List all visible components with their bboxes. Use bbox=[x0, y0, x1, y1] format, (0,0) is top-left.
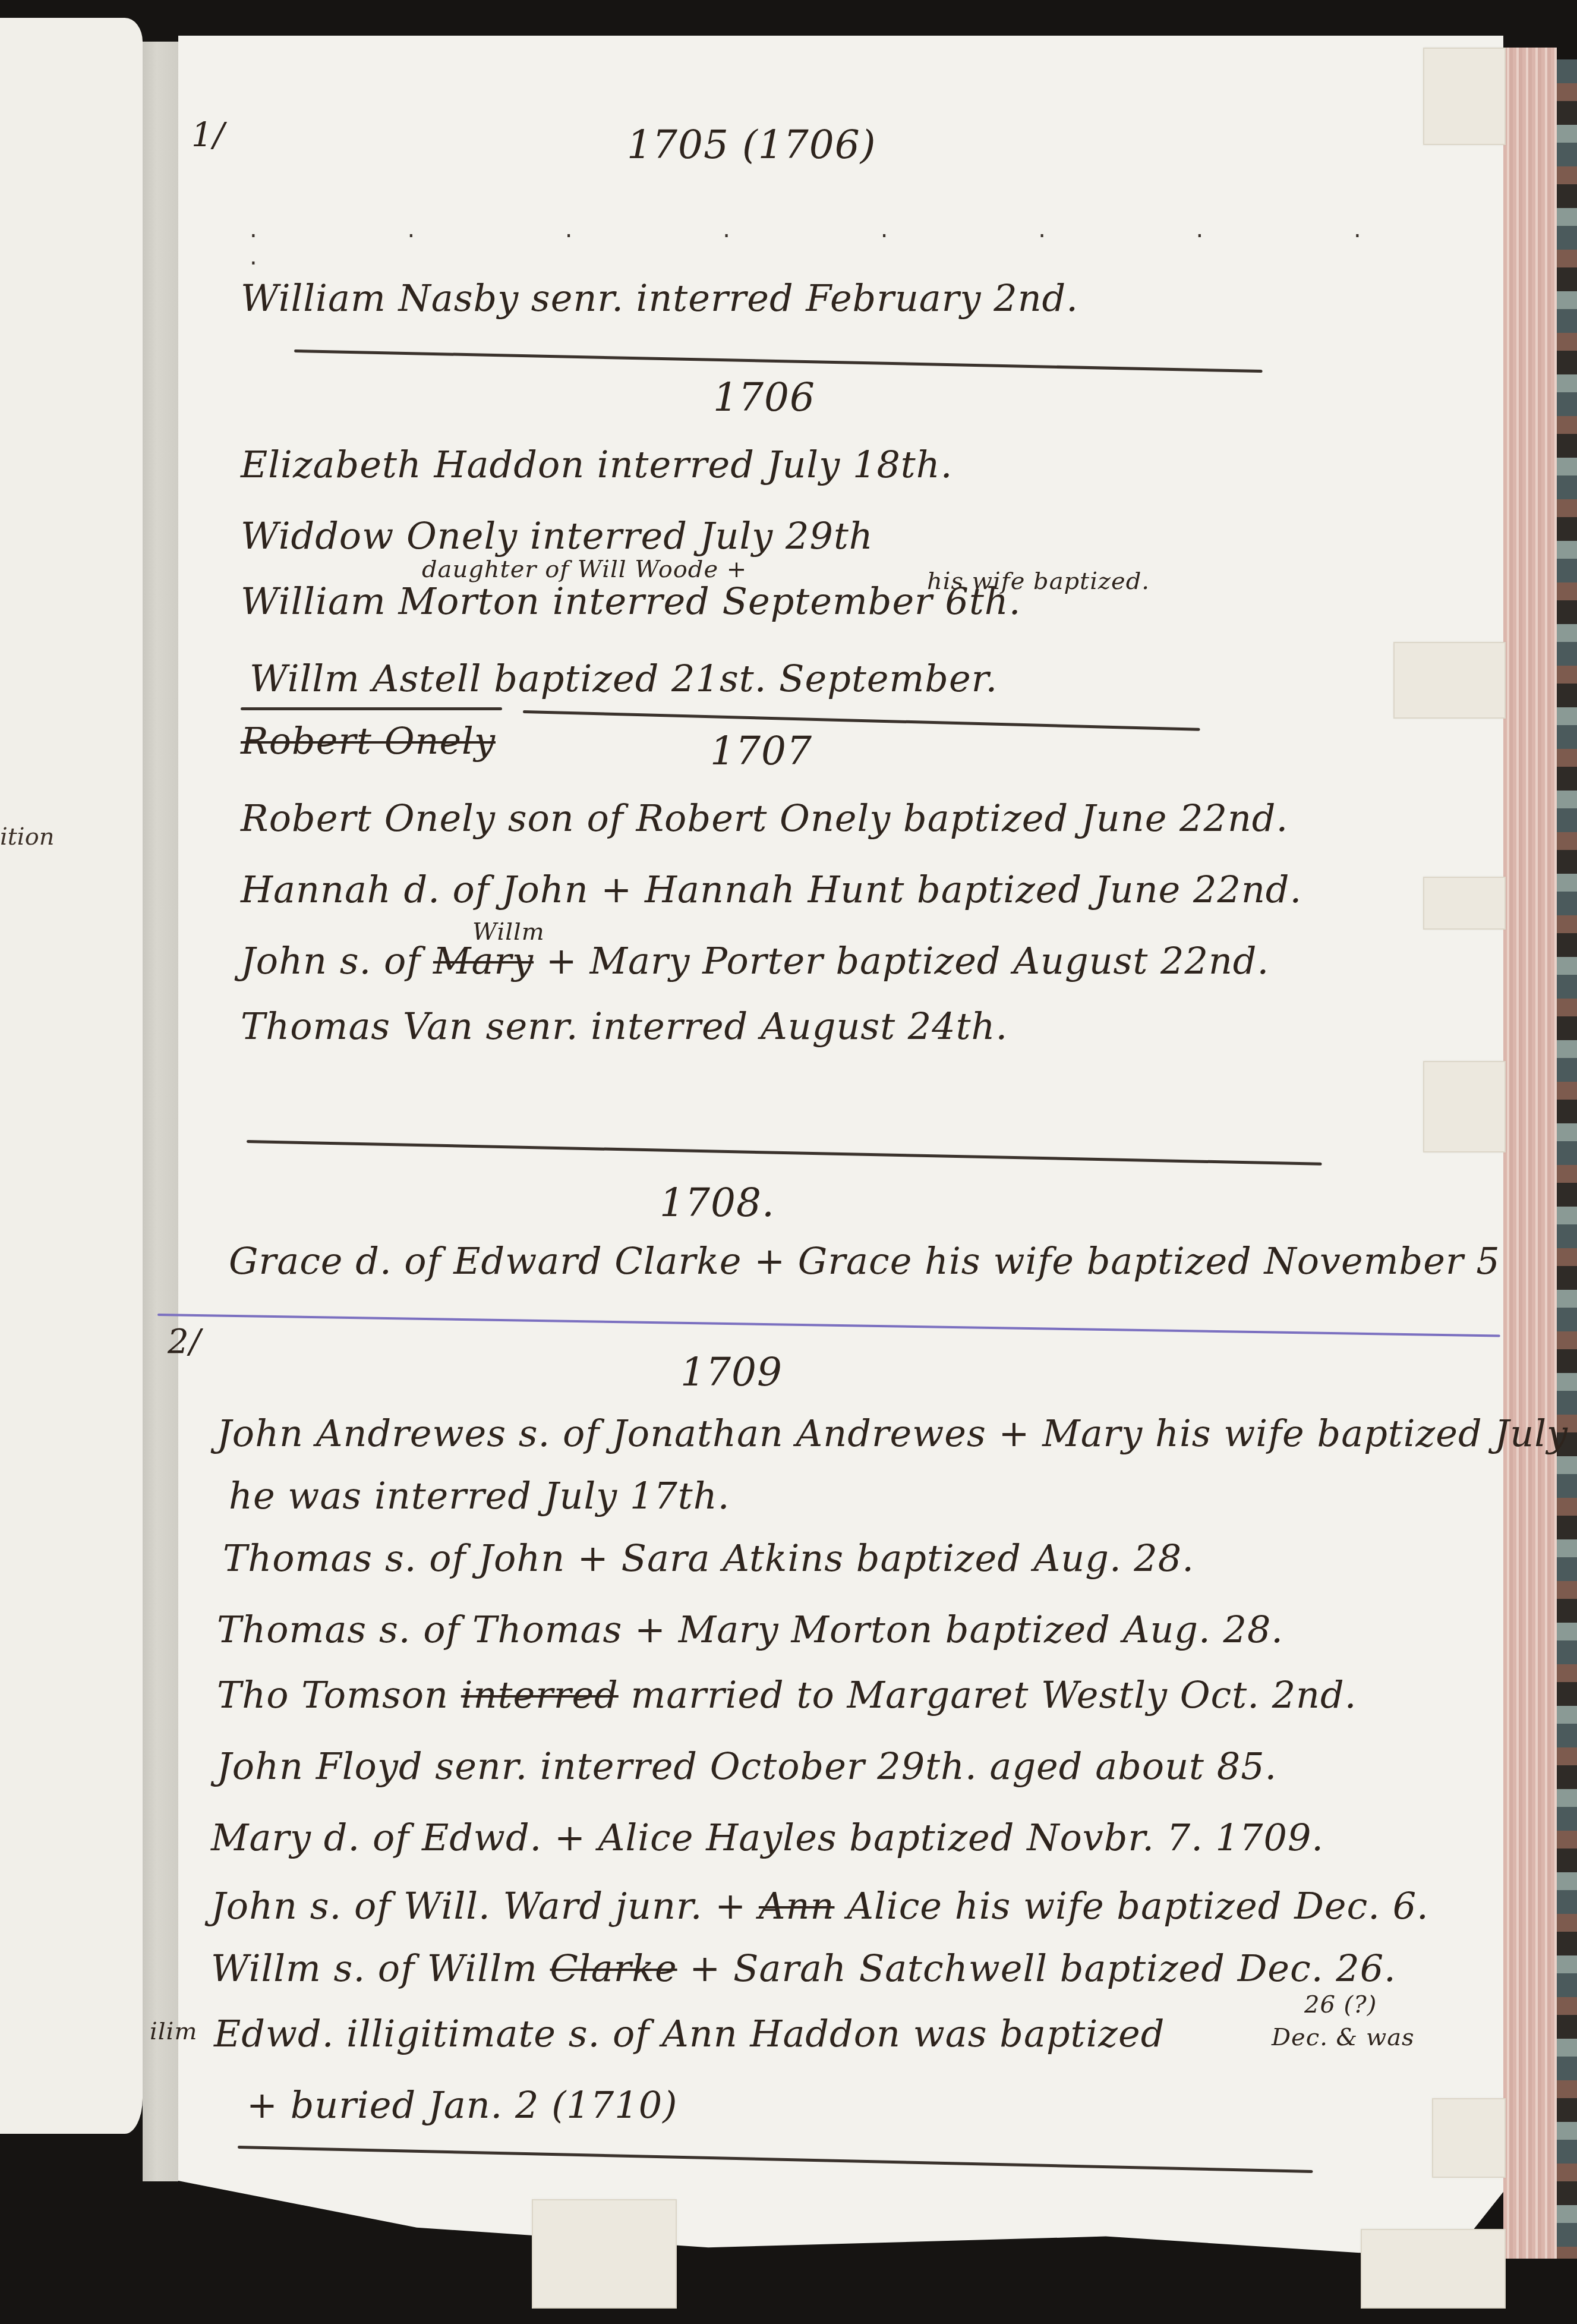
register-entry: Elizabeth Haddon interred July 18th. bbox=[241, 443, 952, 486]
entry-rest: Alice his wife baptized Dec. 6. bbox=[847, 1884, 1429, 1928]
entry-tail: (1710) bbox=[551, 2083, 677, 2127]
register-entry: William Nasby senr. interred February 2n… bbox=[241, 276, 1078, 320]
register-entry: John Floyd senr. interred October 29th. … bbox=[217, 1744, 1277, 1788]
entry-rest: married to Margaret Westly Oct. 2nd. bbox=[631, 1673, 1357, 1717]
register-entry: Thomas Van senr. interred August 24th. bbox=[241, 1004, 1008, 1048]
paper-tab bbox=[1423, 48, 1506, 145]
register-entry: Robert Onely son of Robert Onely baptize… bbox=[241, 796, 1288, 840]
register-entry: Grace d. of Edward Clarke + Grace his wi… bbox=[229, 1239, 1500, 1283]
entry-prefix: Tho Tomson bbox=[217, 1673, 449, 1717]
paper-tab bbox=[1393, 642, 1506, 719]
interlinear-correction: 26 (?) bbox=[1304, 1991, 1377, 2018]
book-gutter bbox=[143, 42, 178, 2181]
entry-text: + buried Jan. 2 bbox=[247, 2083, 539, 2127]
interlinear-insertion: Willm bbox=[472, 918, 545, 946]
register-entry: he was interred July 17th. bbox=[229, 1474, 730, 1517]
dot-leaders: · · · · · · · · · bbox=[250, 223, 1577, 278]
paper-tab bbox=[1423, 1061, 1506, 1152]
year-heading: 1708. bbox=[660, 1180, 775, 1226]
marbled-cover-edge bbox=[1557, 59, 1577, 2259]
register-entry: Thomas s. of John + Sara Atkins baptized… bbox=[223, 1536, 1194, 1580]
register-entry: John s. of Mary + Mary Porter baptized A… bbox=[241, 939, 1269, 982]
register-entry: Willm Astell baptized 21st. September. bbox=[250, 657, 998, 700]
left-margin-text: ition bbox=[0, 823, 55, 851]
entry-tail: Dec. & was bbox=[1272, 2024, 1415, 2051]
register-entry: Edwd. illigitimate s. of Ann Haddon was … bbox=[214, 2012, 1165, 2055]
page-edges bbox=[1503, 48, 1557, 2259]
year-heading: 1705 (1706) bbox=[627, 122, 876, 168]
entry-prefix: Willm s. of Willm bbox=[211, 1947, 538, 1990]
register-entry: Thomas s. of Thomas + Mary Morton baptiz… bbox=[217, 1608, 1283, 1651]
folio-mark: 1/ bbox=[191, 116, 225, 155]
paper-tab bbox=[532, 2199, 677, 2309]
struck-word: Clarke bbox=[550, 1947, 677, 1990]
register-entry: John Andrewes s. of Jonathan Andrewes + … bbox=[217, 1412, 1577, 1455]
paper-tab bbox=[1423, 877, 1506, 930]
register-entry: + buried Jan. 2 (1710) bbox=[247, 2083, 677, 2127]
register-entry: Widdow Onely interred July 29th bbox=[241, 514, 873, 558]
paper-tab bbox=[1432, 2098, 1506, 2178]
register-entry: John s. of Will. Ward junr. + Ann Alice … bbox=[211, 1884, 1429, 1928]
year-heading: 1707 bbox=[710, 728, 812, 774]
struck-word: interred bbox=[461, 1673, 619, 1717]
entry-rest: + Sarah Satchwell baptized Dec. 26. bbox=[689, 1947, 1396, 1990]
entry-prefix: John s. of Will. Ward junr. + bbox=[211, 1884, 746, 1928]
folio-mark: 2/ bbox=[168, 1322, 201, 1361]
left-page: ition bbox=[0, 18, 143, 2134]
entry-prefix: John s. of bbox=[241, 939, 421, 982]
struck-word: Ann bbox=[759, 1884, 835, 1928]
margin-note: ilim bbox=[150, 2018, 197, 2045]
register-entry: Tho Tomson interred married to Margaret … bbox=[217, 1673, 1357, 1717]
year-heading: 1709 bbox=[680, 1349, 783, 1395]
struck-entry: Robert Onely bbox=[241, 719, 496, 763]
paper-tab bbox=[1361, 2229, 1506, 2309]
register-entry: Willm s. of Willm Clarke + Sarah Satchwe… bbox=[211, 1947, 1396, 1990]
register-entry: William Morton interred September 6th. bbox=[241, 580, 1021, 623]
register-entry: Hannah d. of John + Hannah Hunt baptized… bbox=[241, 868, 1302, 911]
year-heading: 1706 bbox=[713, 374, 815, 420]
register-entry: Mary d. of Edwd. + Alice Hayles baptized… bbox=[211, 1816, 1324, 1859]
section-divider bbox=[241, 707, 502, 710]
entry-rest: + Mary Porter baptized August 22nd. bbox=[546, 939, 1269, 982]
